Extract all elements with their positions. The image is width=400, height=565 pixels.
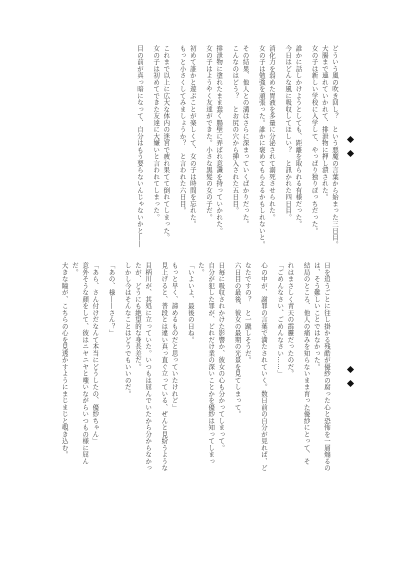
text-line: 「いよいよ、最後の日ね。	[186, 262, 196, 472]
text-line: 消化力を弱めた胃液を多量に分泌されて溺死させられた。	[267, 45, 277, 253]
section-break-diamond-icon	[347, 380, 354, 387]
section-break-diamond-icon	[347, 366, 354, 373]
text-line: 目の前が真っ暗になって、自分はもう要らないんじゃないかと――	[135, 45, 145, 253]
text-line: その結果、他人との溝はさらに深まっていくばかりだった。	[240, 45, 250, 253]
text-line: なたですの？ と一蹴しそうだ。	[243, 262, 253, 472]
text-line: は、そう難しいことではなかった。	[312, 262, 322, 472]
text-line: だ。	[70, 262, 80, 472]
text-line: これまで以上に広大な体内の迷宮で疲れ果てて倒れてしまった。	[161, 45, 171, 253]
text-line: 見上げると、普段とは違い真っ直ぐ立っている、ぜんと見紛うような	[159, 262, 169, 472]
text-line: 自分が犯した罪が、どれだけ業の深いことかを優紗は知ってしまっ	[206, 262, 216, 472]
text-line: 大腸まで連れていかれて、排泄物に押し潰された。	[320, 45, 330, 253]
text-line: こんなのはどう？ とお尻の穴から挿入された五日目。	[230, 45, 240, 253]
text-line: 日を追うごとに往し掛かる残酷が優紗の腐った心と恐怖を一層煽るの	[322, 262, 332, 472]
text-line: たが、どうにも絶望的な身長差だ。	[133, 262, 143, 472]
text-line: 心の中が、謝罪の言葉で満たされていく。数日前の自分が見れば、ど	[259, 262, 269, 472]
text-line: もっと早く、諦めるものだと思っていたけれど」	[169, 262, 179, 472]
text-line: 大きな瞳が、こちらの心を見透かすようにまじまじと覗き込む。	[60, 262, 70, 472]
text-line: 誰かに話しかけようとしても、距離を取られる有様だった。	[293, 45, 303, 253]
text-line: 女の子は初めてできた友達に大嫌いと言われてしまった。	[151, 45, 161, 253]
bottom-text-block: 日を追うごとに往し掛かる残酷が優紗の腐った心と恐怖を一層煽るのは、そう難しいこと…	[54, 262, 332, 472]
text-line: 六日目の最後、彼女の最期の光景を見てしまって。	[232, 262, 242, 472]
text-line: 女の子は新しい学校に入学して、やっぱり独りぼっちだった。	[309, 45, 319, 253]
text-line: た。	[196, 262, 206, 472]
text-line: 「あの、様――さん？」	[106, 262, 116, 472]
text-line: 女の子はようやく友達ができた。小さな黒髪の女の子だ。	[204, 45, 214, 253]
text-line: 日毎に吸収されかけた影響か、彼女の心も分かってしまって。	[216, 262, 226, 472]
text-line: 初めて誰かと遊ぶことが楽しくて、女の子は時間を忘れた。	[188, 45, 198, 253]
text-line: 今日はどんな風に吸収してほしい？ と訊かれた四日目。	[283, 45, 293, 253]
text-line: れはまさしく青天の霹靂だったのだ。	[285, 262, 295, 472]
section-break-diamond-icon	[347, 136, 354, 143]
text-line: もっと小さくしてみましょうか？ と言われた六日目。	[177, 45, 187, 253]
text-line: 「あら、さん付けだなんて本当にどうしたの、優紗ちゃん」	[90, 262, 100, 472]
section-break-diamond-icon	[347, 150, 354, 157]
top-text-block: どういう風の吹き回し？ という悪魔の言葉から始まった三日目。大腸まで連れていかれ…	[135, 45, 340, 253]
text-line: 結局のところ、他人の痛みを知らないまま育った優紗にとって、そ	[301, 262, 311, 472]
text-line: どういう風の吹き回し？ という悪魔の言葉から始まった三日目。	[330, 45, 340, 253]
text-line: 「ごめんなさい、ごめんなさい……」	[275, 262, 285, 472]
text-line: 排泄物に塗れたまま蠢く腸壁に弄ばれ意識を持っていかれた。	[214, 45, 224, 253]
text-line: 女の子は勉強を頑張った。誰かに褒めてもらえるかもしれないと。	[257, 45, 267, 253]
text-line: 意外そうな顔をして、彼はニヤニヤと嗤いながらいつもの様に屈ん	[80, 262, 90, 472]
text-line: 貝柄川が、其処に立っていた。いつもは屈んでいたから分からなかっ	[143, 262, 153, 472]
text-line: しかし今はそんなことはどうでもいいのだ。	[123, 262, 133, 472]
